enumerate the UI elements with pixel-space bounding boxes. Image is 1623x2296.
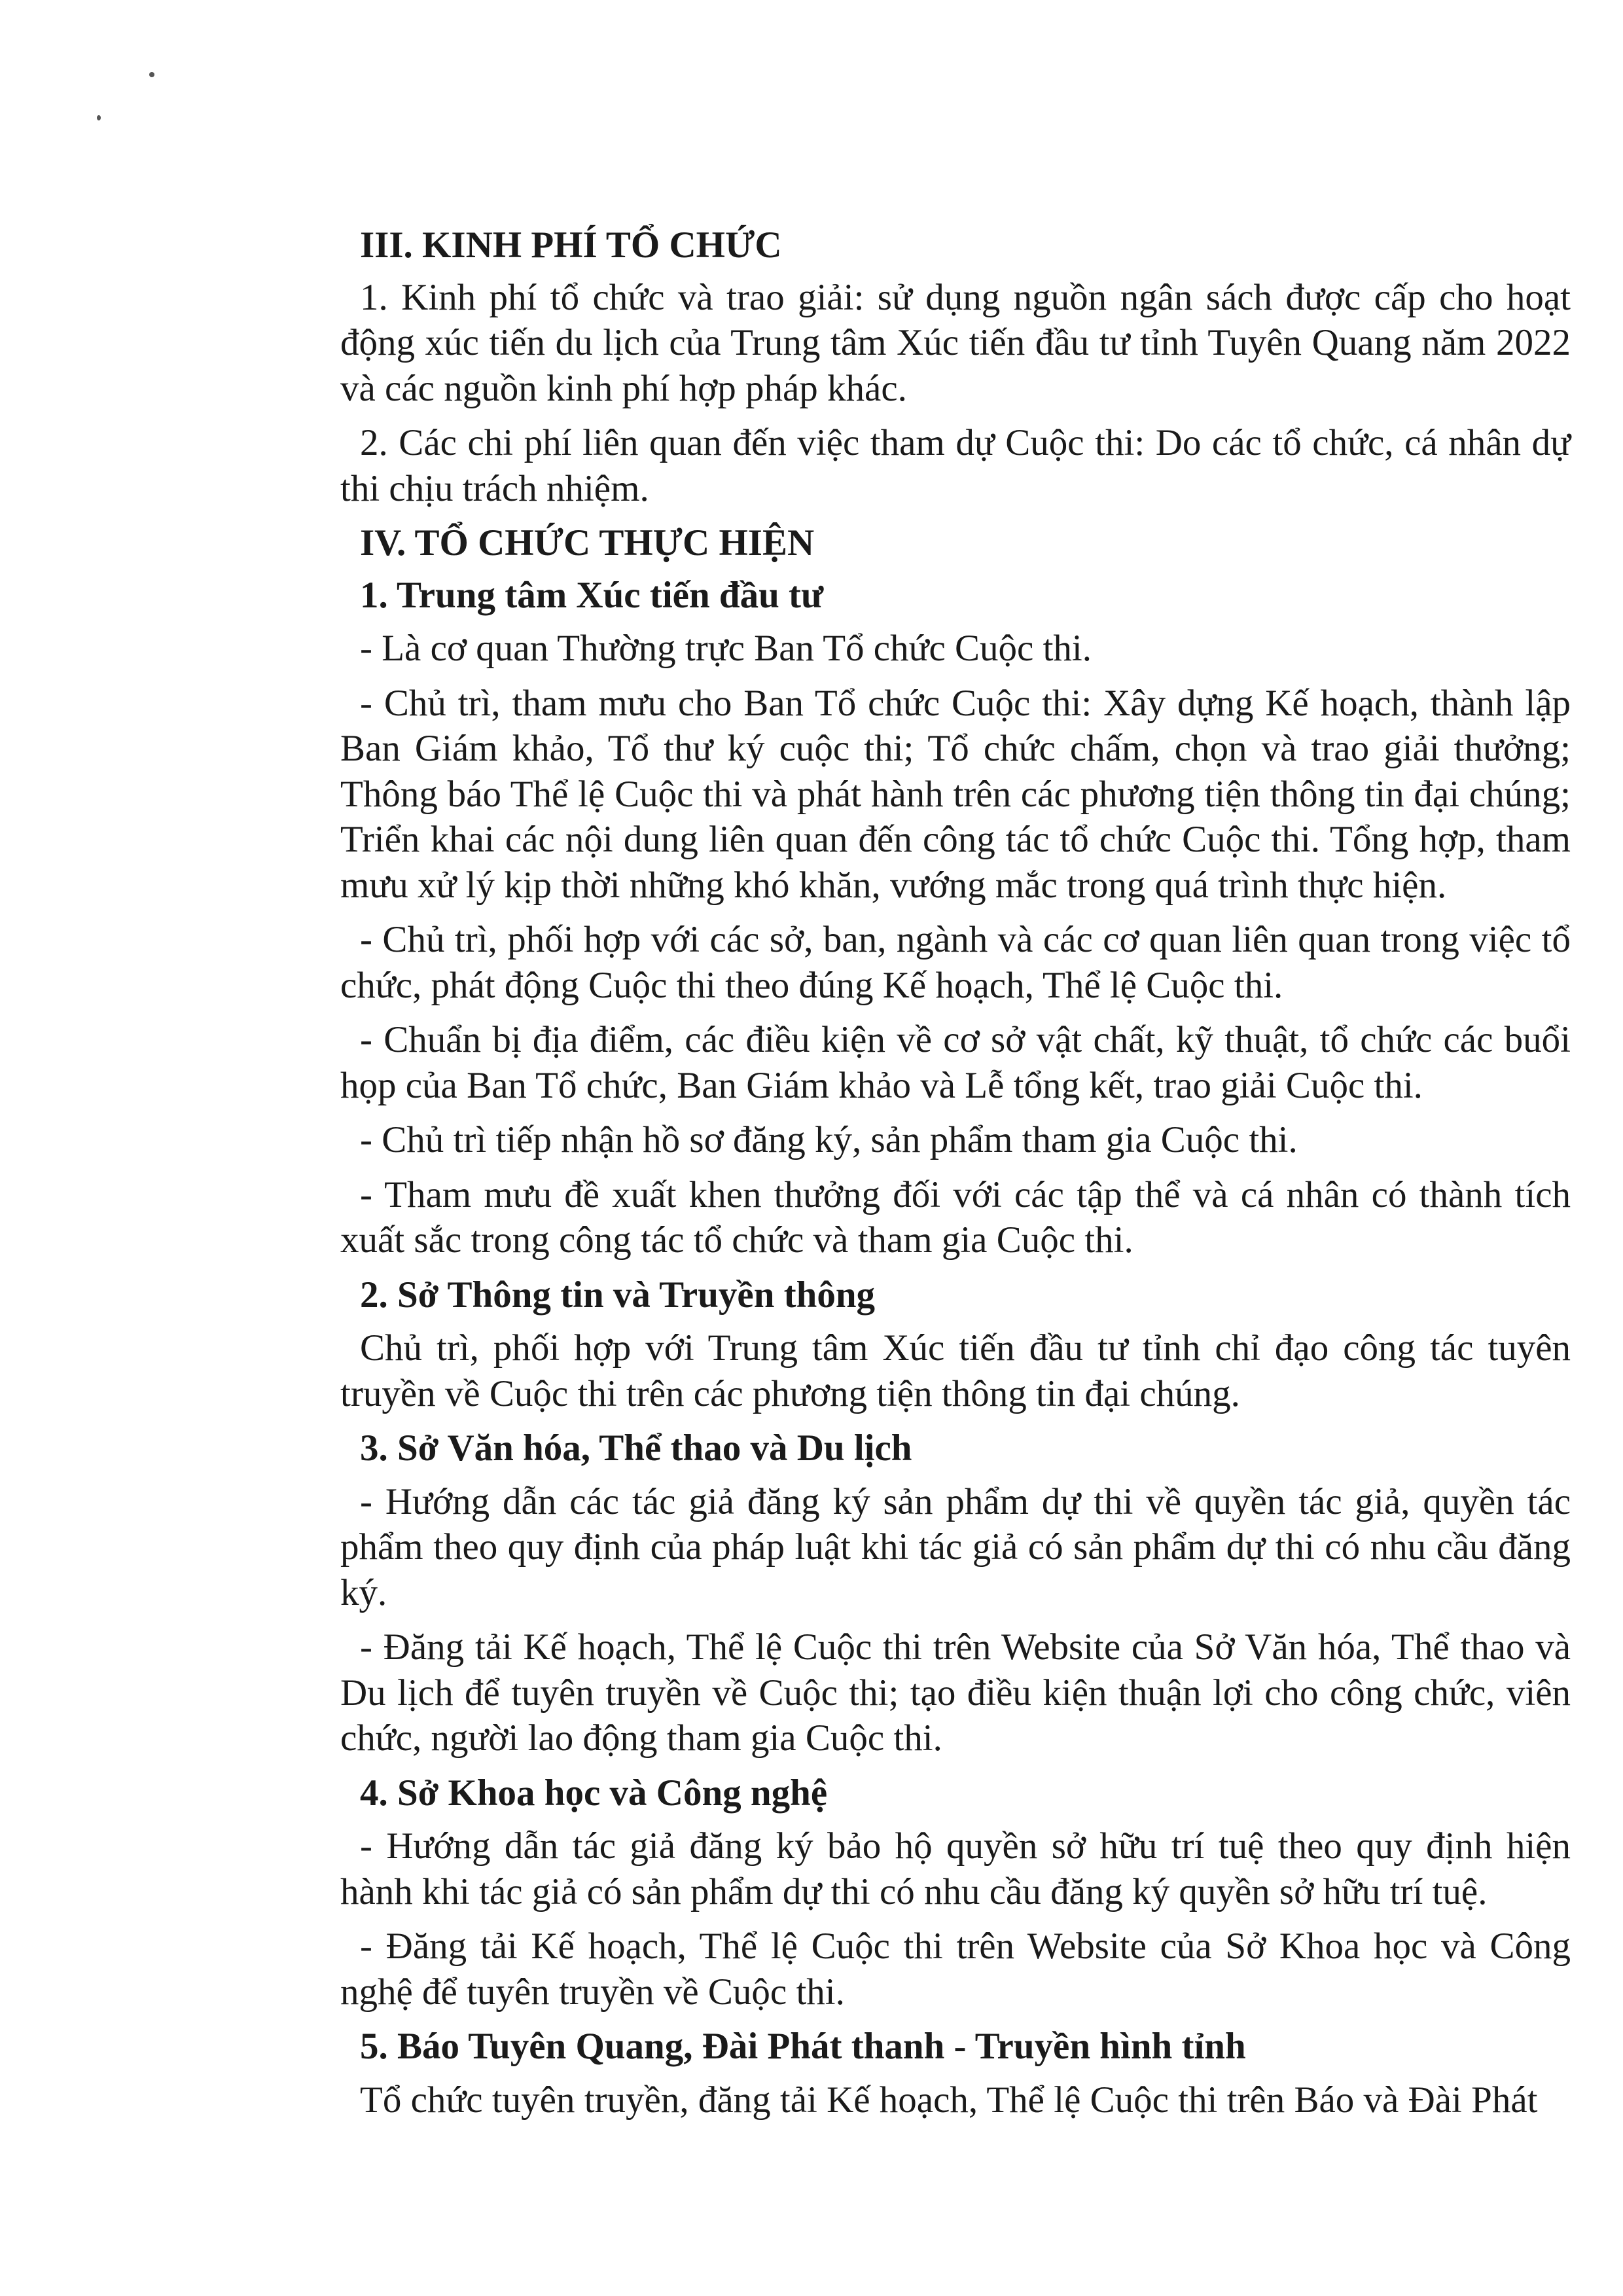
paragraph: - Chuẩn bị địa điểm, các điều kiện về cơ… bbox=[340, 1017, 1571, 1108]
paragraph: - Chủ trì, phối hợp với các sở, ban, ngà… bbox=[340, 917, 1571, 1008]
paragraph: - Hướng dẫn các tác giả đăng ký sản phẩm… bbox=[340, 1479, 1571, 1616]
document-page: III. KINH PHÍ TỔ CHỨC 1. Kinh phí tổ chứ… bbox=[0, 0, 1623, 2296]
paragraph: 2. Các chi phí liên quan đến việc tham d… bbox=[340, 420, 1571, 511]
subsection-heading-so-khoa-hoc: 4. Sở Khoa học và Công nghệ bbox=[340, 1770, 1571, 1816]
subsection-heading-trung-tam-xuc-tien: 1. Trung tâm Xúc tiến đầu tư bbox=[340, 573, 1571, 619]
paragraph: - Đăng tải Kế hoạch, Thể lệ Cuộc thi trê… bbox=[340, 1624, 1571, 1761]
paragraph: Tổ chức tuyên truyền, đăng tải Kế hoạch,… bbox=[340, 2077, 1571, 2123]
paragraph: - Là cơ quan Thường trực Ban Tổ chức Cuộ… bbox=[340, 626, 1571, 672]
paragraph: - Hướng dẫn tác giả đăng ký bảo hộ quyền… bbox=[340, 1823, 1571, 1914]
subsection-heading-so-thong-tin: 2. Sở Thông tin và Truyền thông bbox=[340, 1272, 1571, 1318]
scan-speck bbox=[149, 72, 154, 77]
section-heading-to-chuc-thuc-hien: IV. TỔ CHỨC THỰC HIỆN bbox=[340, 520, 1571, 566]
paragraph: - Tham mưu đề xuất khen thưởng đối với c… bbox=[340, 1172, 1571, 1263]
paragraph: - Đăng tải Kế hoạch, Thể lệ Cuộc thi trê… bbox=[340, 1924, 1571, 2015]
scan-speck bbox=[97, 115, 101, 120]
paragraph: Chủ trì, phối hợp với Trung tâm Xúc tiến… bbox=[340, 1325, 1571, 1416]
paragraph: 1. Kinh phí tổ chức và trao giải: sử dụn… bbox=[340, 275, 1571, 412]
subsection-heading-so-van-hoa: 3. Sở Văn hóa, Thể thao và Du lịch bbox=[340, 1426, 1571, 1471]
section-heading-kinh-phi: III. KINH PHÍ TỔ CHỨC bbox=[340, 223, 1571, 268]
document-body: III. KINH PHÍ TỔ CHỨC 1. Kinh phí tổ chứ… bbox=[340, 223, 1571, 2132]
paragraph: - Chủ trì tiếp nhận hồ sơ đăng ký, sản p… bbox=[340, 1117, 1571, 1163]
paragraph: - Chủ trì, tham mưu cho Ban Tổ chức Cuộc… bbox=[340, 681, 1571, 908]
subsection-heading-bao-dai: 5. Báo Tuyên Quang, Đài Phát thanh - Tru… bbox=[340, 2024, 1571, 2070]
